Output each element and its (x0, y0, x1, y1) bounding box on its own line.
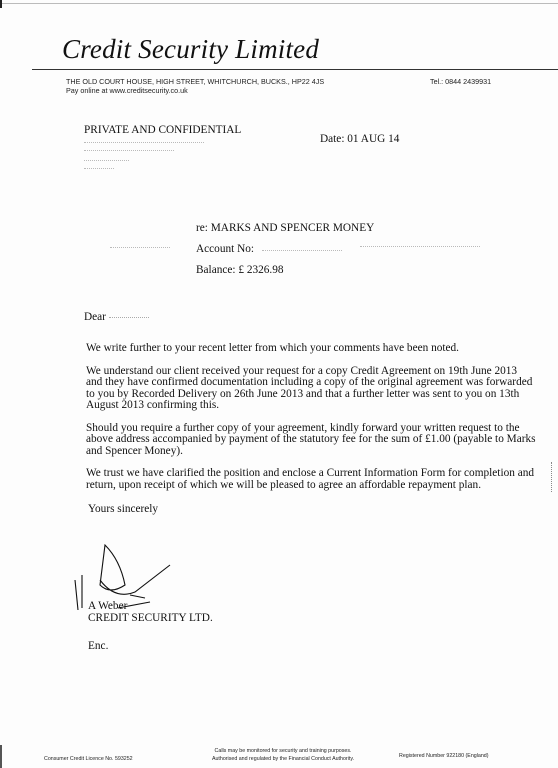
company-address: THE OLD COURT HOUSE, HIGH STREET, WHITCH… (66, 77, 324, 86)
letterhead-divider (32, 69, 558, 70)
body-paragraph: We trust we have clarified the position … (86, 468, 536, 491)
footer-calls-notice: Calls may be monitored for security and … (208, 747, 358, 755)
company-logo-text: Credit Security Limited (62, 34, 319, 65)
redacted-address-line (84, 150, 174, 151)
scan-edge-mark (0, 0, 2, 8)
scan-edge-top (0, 3, 558, 4)
reference-line: re: MARKS AND SPENCER MONEY (196, 222, 374, 234)
body-paragraph: We understand our client received your r… (86, 366, 536, 412)
confidential-label: PRIVATE AND CONFIDENTIAL (84, 124, 241, 136)
scan-edge-mark-bottom (0, 745, 2, 768)
pay-online-link: Pay online at www.creditsecurity.co.uk (66, 86, 324, 95)
account-number-label: Account No: (196, 243, 254, 255)
signatory-block: A Weber CREDIT SECURITY LTD. (88, 601, 213, 624)
redacted-address-line (84, 160, 129, 161)
letter-date: Date: 01 AUG 14 (320, 133, 399, 145)
footer-licence: Consumer Credit Licence No. 593252 (44, 756, 133, 762)
redacted-account-number (262, 250, 342, 251)
redacted-recipient-name (109, 317, 149, 318)
footer-notice: Calls may be monitored for security and … (208, 747, 358, 763)
salutation: Dear (84, 311, 149, 323)
redacted-scan-noise (110, 247, 170, 248)
footer-regulation: Authorised and regulated by the Financia… (208, 755, 358, 763)
enclosure-note: Enc. (88, 640, 108, 652)
closing-line: Yours sincerely (88, 503, 158, 515)
redacted-address-line (84, 168, 114, 169)
letter-body: We write further to your recent letter f… (86, 343, 536, 502)
scan-margin-mark (551, 462, 554, 492)
salutation-text: Dear (84, 311, 106, 323)
balance-amount: Balance: £ 2326.98 (196, 264, 284, 276)
letterhead-address-block: THE OLD COURT HOUSE, HIGH STREET, WHITCH… (66, 77, 324, 95)
footer-registered-number: Registered Number 922180 (England) (399, 753, 489, 759)
redacted-scan-noise (360, 246, 480, 247)
redacted-address-line (84, 142, 204, 143)
body-paragraph: We write further to your recent letter f… (86, 343, 536, 355)
signatory-company: CREDIT SECURITY LTD. (88, 613, 213, 625)
body-paragraph: Should you require a further copy of you… (86, 423, 536, 458)
signatory-name: A Weber (88, 601, 213, 613)
company-telephone: Tel.: 0844 2439931 (430, 77, 491, 86)
